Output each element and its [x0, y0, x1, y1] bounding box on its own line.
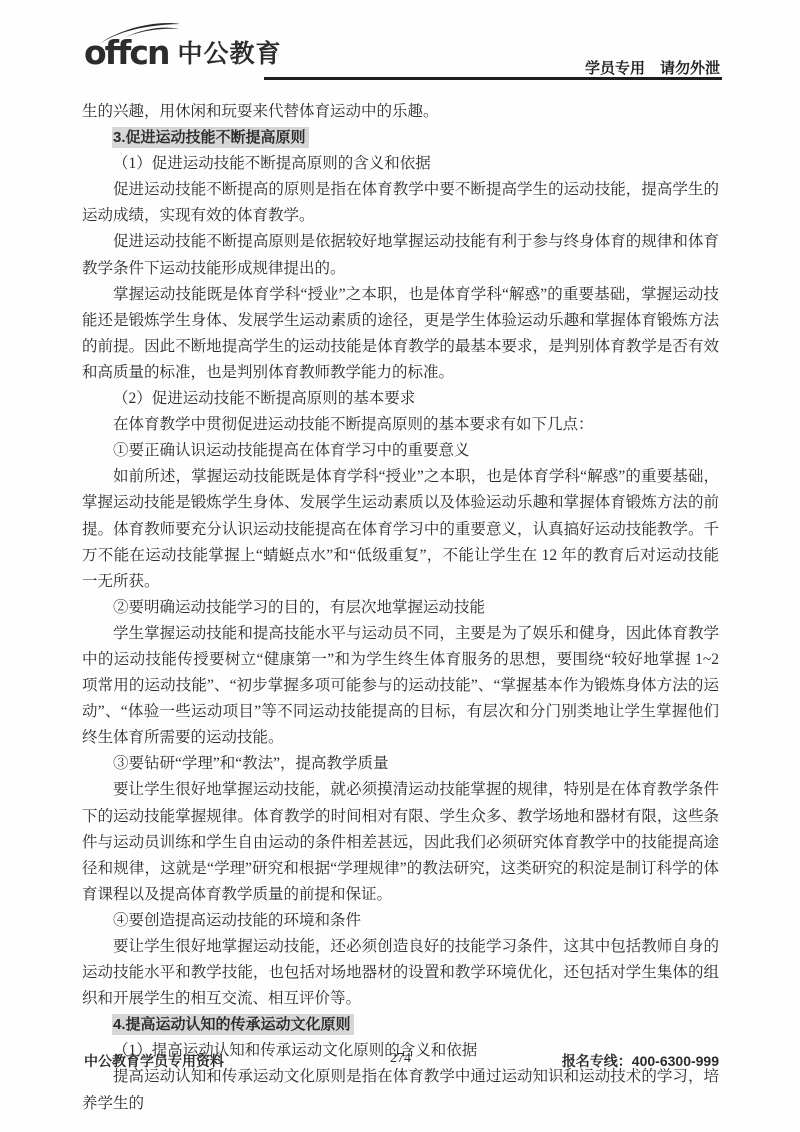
- page-header: offcn 中公教育 学员专用 请勿外泄: [0, 0, 800, 90]
- list-item-heading: ③要钻研“学理”和“教法”，提高教学质量: [82, 751, 719, 777]
- logo-latin-wrap: offcn: [84, 36, 168, 69]
- document-body: 生的兴趣，用休闲和玩耍来代替体育运动中的乐趣。 3.促进运动技能不断提高原则 （…: [82, 99, 719, 1117]
- paragraph: 促进运动技能不断提高原则是依据较好地掌握运动技能有利于参与终身体育的规律和体育教…: [82, 229, 719, 281]
- paragraph: 学生掌握运动技能和提高技能水平与运动员不同，主要是为了娱乐和健身，因此体育教学中…: [82, 621, 719, 751]
- footer-hotline: 报名专线：400-6300-999: [562, 1051, 719, 1071]
- sub-heading: （1）促进运动技能不断提高原则的含义和依据: [82, 151, 719, 177]
- document-page: offcn 中公教育 学员专用 请勿外泄 生的兴趣，用休闲和玩耍来代替体育运动中…: [0, 0, 800, 1132]
- header-rule: [264, 77, 722, 80]
- paragraph: 掌握运动技能既是体育学科“授业”之本职，也是体育学科“解惑”的重要基础，掌握运动…: [82, 282, 719, 386]
- section-heading-4: 4.提高运动认知的传承运动文化原则: [82, 1012, 719, 1038]
- list-item-heading: ④要创造提高运动技能的环境和条件: [82, 908, 719, 934]
- section-heading-4-label: 4.提高运动认知的传承运动文化原则: [112, 1014, 354, 1035]
- section-heading-3: 3.促进运动技能不断提高原则: [82, 125, 719, 151]
- header-confidential-note: 学员专用 请勿外泄: [264, 57, 720, 78]
- paragraph: 在体育教学中贯彻促进运动技能不断提高原则的基本要求有如下几点：: [82, 412, 719, 438]
- paragraph: 要让学生很好地掌握运动技能，还必须创造良好的技能学习条件，这其中包括教师自身的运…: [82, 934, 719, 1012]
- logo-swoosh-icon: [96, 21, 182, 47]
- list-item-heading: ②要明确运动技能学习的目的，有层次地掌握运动技能: [82, 595, 719, 621]
- sub-heading: （2）促进运动技能不断提高原则的基本要求: [82, 386, 719, 412]
- page-footer: 中公教育学员专用资料 274 报名专线：400-6300-999: [82, 1051, 719, 1073]
- paragraph: 如前所述，掌握运动技能既是体育学科“授业”之本职，也是体育学科“解惑”的重要基础…: [82, 464, 719, 594]
- section-heading-3-label: 3.促进运动技能不断提高原则: [112, 127, 309, 148]
- list-item-heading: ①要正确认识运动技能提高在体育学习中的重要意义: [82, 438, 719, 464]
- paragraph: 促进运动技能不断提高的原则是指在体育教学中要不断提高学生的运动技能，提高学生的运…: [82, 177, 719, 229]
- paragraph: 生的兴趣，用休闲和玩耍来代替体育运动中的乐趣。: [82, 99, 719, 125]
- offcn-logo: offcn 中公教育: [84, 36, 281, 69]
- paragraph: 要让学生很好地掌握运动技能，就必须摸清运动技能掌握的规律，特别是在体育教学条件下…: [82, 777, 719, 907]
